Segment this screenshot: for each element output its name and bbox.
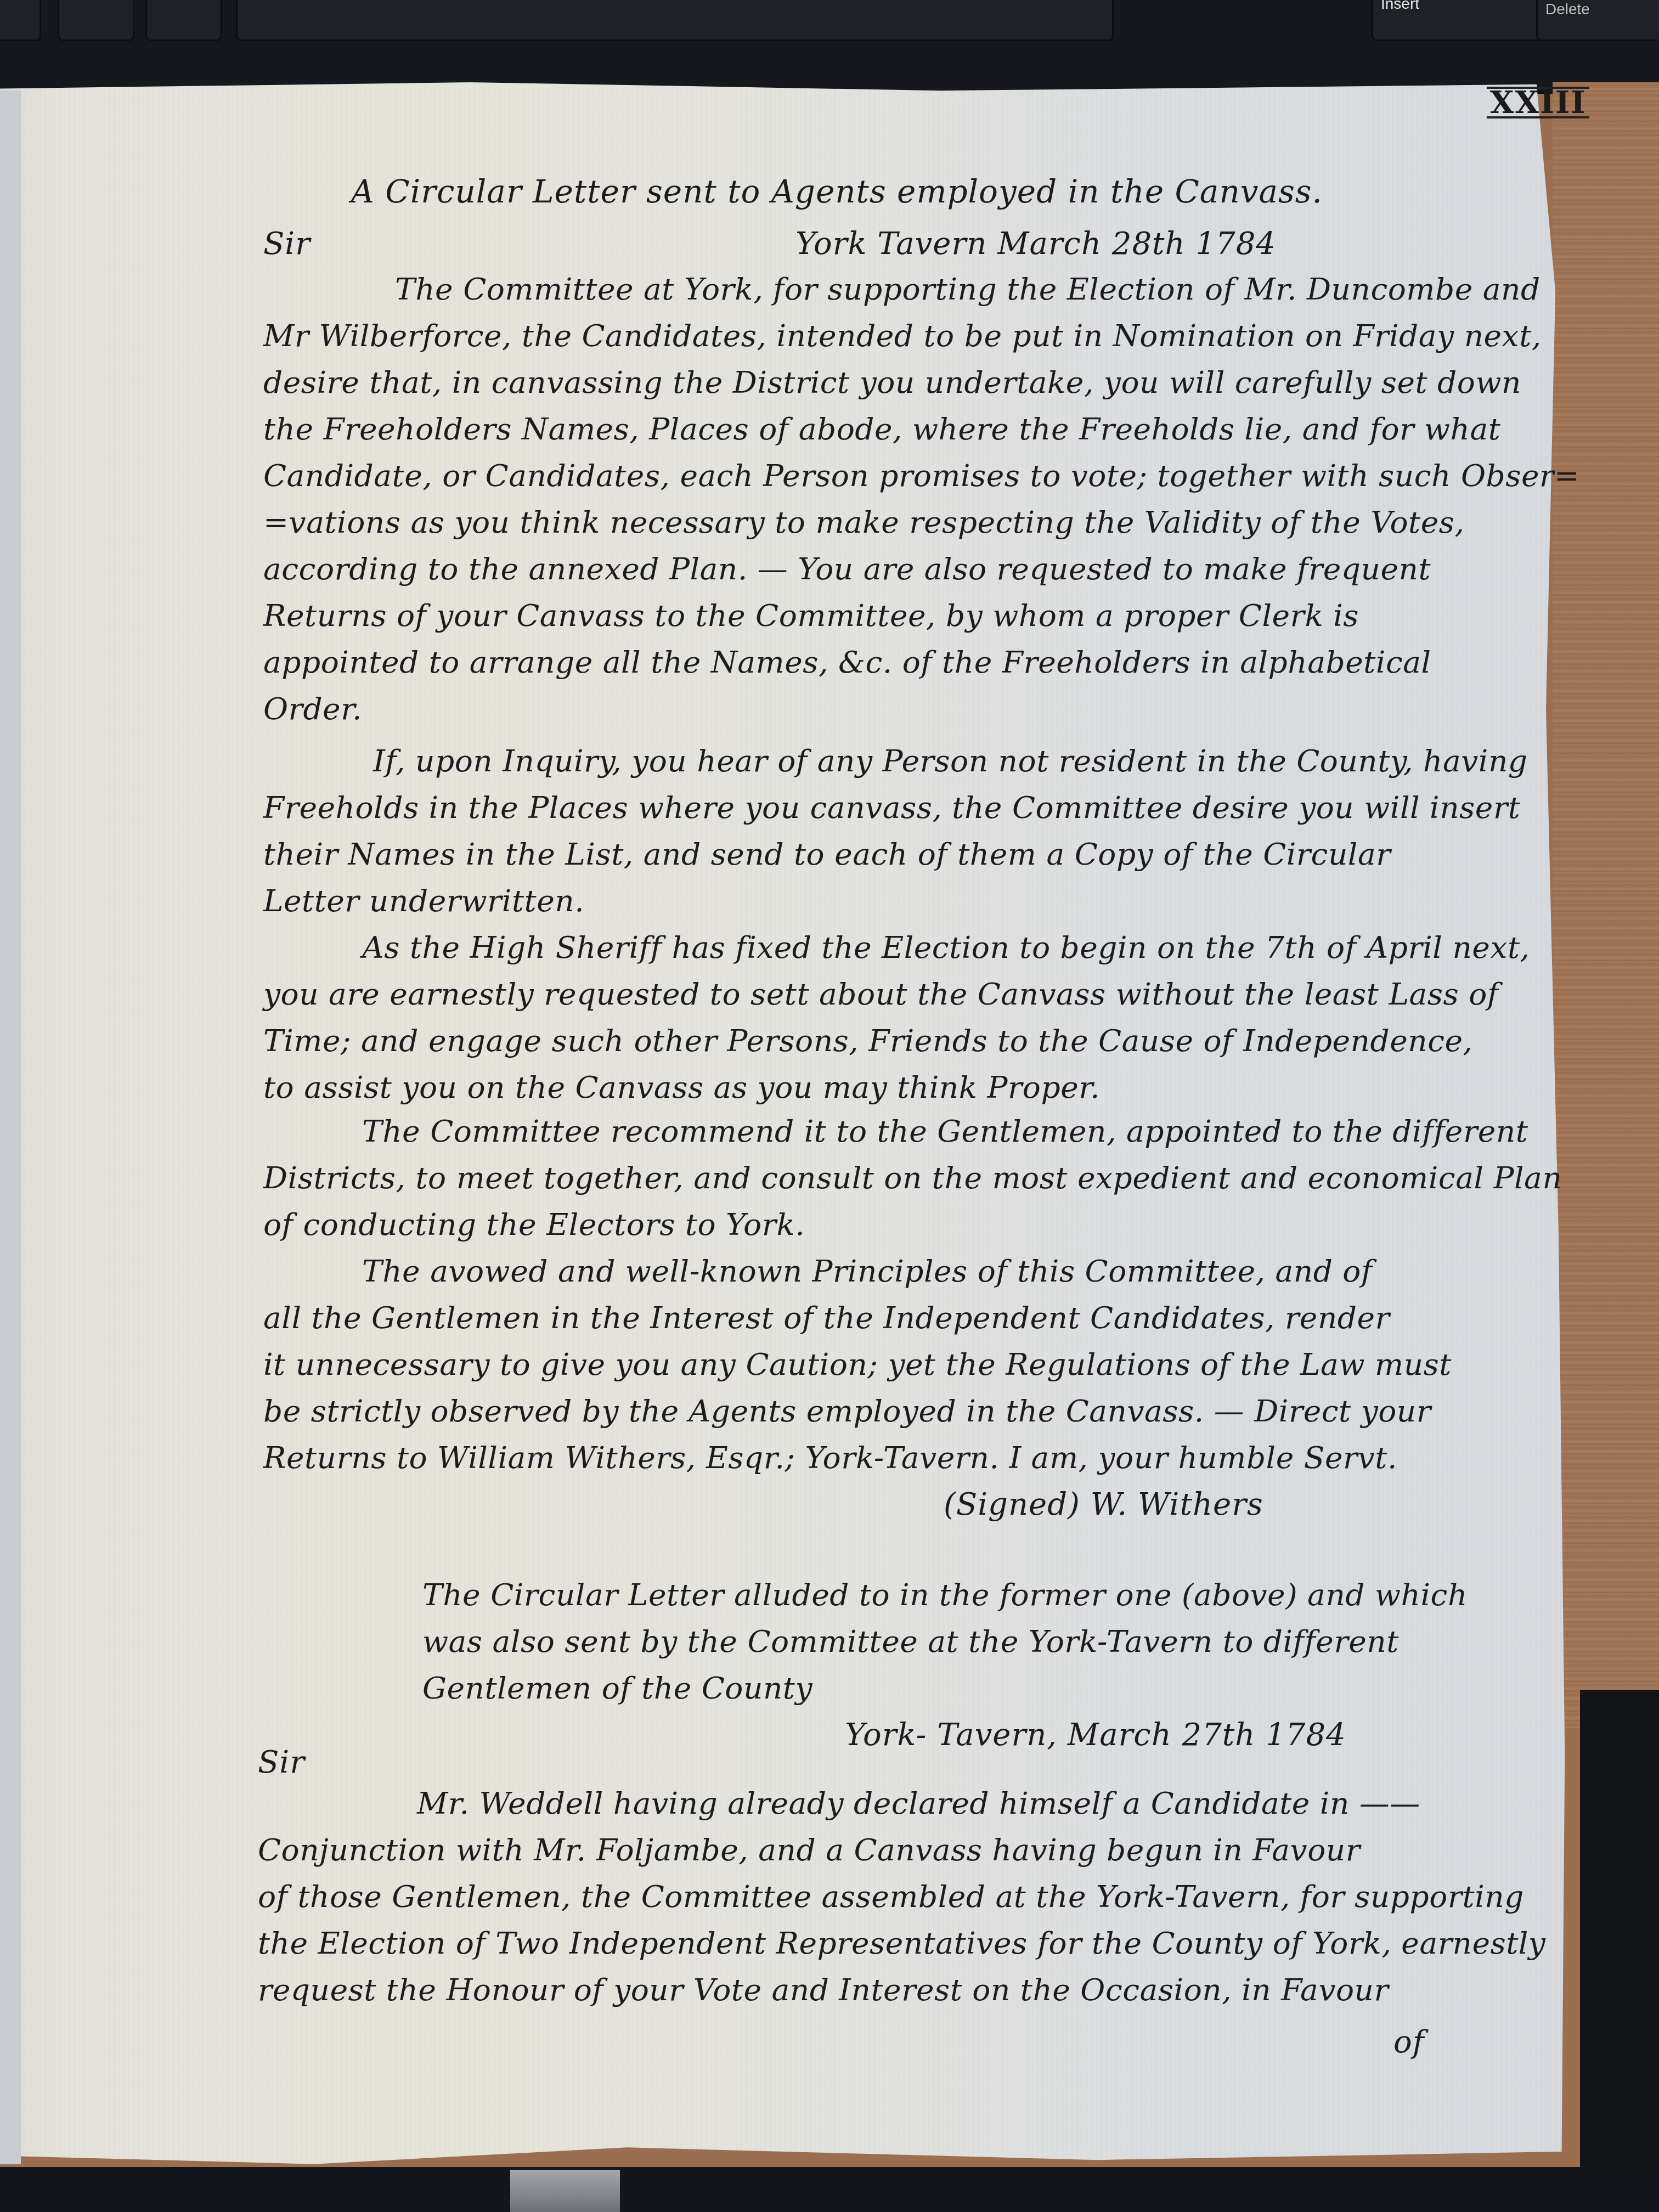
text-line: Freeholds in the Places where you canvas…	[263, 790, 1520, 825]
keyboard: Insert Delete	[0, 0, 1659, 94]
text-line: Letter underwritten.	[263, 883, 584, 918]
text-line: their Names in the List, and send to eac…	[263, 837, 1391, 872]
text-line: The Committee at York, for supporting th…	[395, 272, 1541, 307]
salutation: Sir	[258, 1745, 305, 1780]
dark-surface-bottom	[0, 2167, 1659, 2212]
text-line: Districts, to meet together, and consult…	[263, 1160, 1562, 1195]
text-line: The avowed and well-known Principles of …	[362, 1254, 1373, 1289]
keyboard-key-insert: Insert	[1372, 0, 1558, 41]
text-line: Gentlemen of the County	[422, 1671, 812, 1706]
text-line: The Committee recommend it to the Gentle…	[362, 1114, 1528, 1149]
text-line: the Freeholders Names, Places of abode, …	[263, 411, 1500, 447]
text-line: was also sent by the Committee at the Yo…	[422, 1624, 1399, 1659]
text-line: Returns to William Withers, Esqr.; York-…	[263, 1440, 1397, 1475]
letter-heading: A Circular Letter sent to Agents employe…	[351, 173, 1323, 210]
text-line: all the Gentlemen in the Interest of the…	[263, 1300, 1390, 1335]
place-date: York- Tavern, March 27th 1784	[845, 1717, 1346, 1753]
text-line: appointed to arrange all the Names, &c. …	[263, 645, 1431, 680]
catchword: of	[1393, 2024, 1424, 2060]
text-line: of those Gentlemen, the Committee assemb…	[258, 1879, 1524, 1914]
keyboard-key	[145, 0, 222, 41]
text-line: Conjunction with Mr. Foljambe, and a Can…	[258, 1832, 1360, 1867]
place-date: York Tavern March 28th 1784	[795, 226, 1276, 262]
text-line: =vations as you think necessary to make …	[263, 505, 1464, 540]
text-line: it unnecessary to give you any Caution; …	[263, 1347, 1452, 1382]
text-line: of conducting the Electors to York.	[263, 1207, 805, 1242]
text-line: to assist you on the Canvass as you may …	[263, 1070, 1100, 1105]
dark-surface	[1580, 1690, 1659, 2183]
keyboard-key-delete: Delete	[1536, 0, 1659, 41]
keyboard-key	[58, 0, 134, 41]
text-line: Time; and engage such other Persons, Fri…	[263, 1023, 1473, 1058]
salutation: Sir	[263, 226, 311, 262]
text-line: Mr. Weddell having already declared hims…	[417, 1786, 1420, 1821]
page-edge	[0, 91, 21, 2164]
text-line: Candidate, or Candidates, each Person pr…	[263, 458, 1579, 493]
text-line: If, upon Inquiry, you hear of any Person…	[373, 743, 1528, 778]
text-line: the Election of Two Independent Represen…	[258, 1926, 1545, 1961]
text-line: be strictly observed by the Agents emplo…	[263, 1393, 1431, 1429]
folio-number: XXIII	[1487, 87, 1589, 119]
text-line: Returns of your Canvass to the Committee…	[263, 598, 1359, 633]
key-label: Insert	[1381, 0, 1419, 12]
keyboard-key-space	[236, 0, 1114, 41]
text-line: Mr Wilberforce, the Candidates, intended…	[263, 318, 1542, 353]
wooden-desk	[1553, 82, 1659, 1728]
text-line: As the High Sheriff has fixed the Electi…	[362, 930, 1530, 965]
text-line: Order.	[263, 691, 362, 726]
text-line: request the Honour of your Vote and Inte…	[258, 1972, 1389, 2007]
text-line: desire that, in canvassing the District …	[263, 365, 1521, 400]
signature: (Signed) W. Withers	[944, 1487, 1263, 1522]
text-line: according to the annexed Plan. — You are…	[263, 551, 1431, 586]
text-line: The Circular Letter alluded to in the fo…	[422, 1577, 1468, 1612]
text-line: you are earnestly requested to sett abou…	[263, 977, 1499, 1012]
binder-clip	[510, 2170, 620, 2212]
keyboard-key	[0, 0, 41, 41]
key-label: Delete	[1545, 1, 1590, 18]
